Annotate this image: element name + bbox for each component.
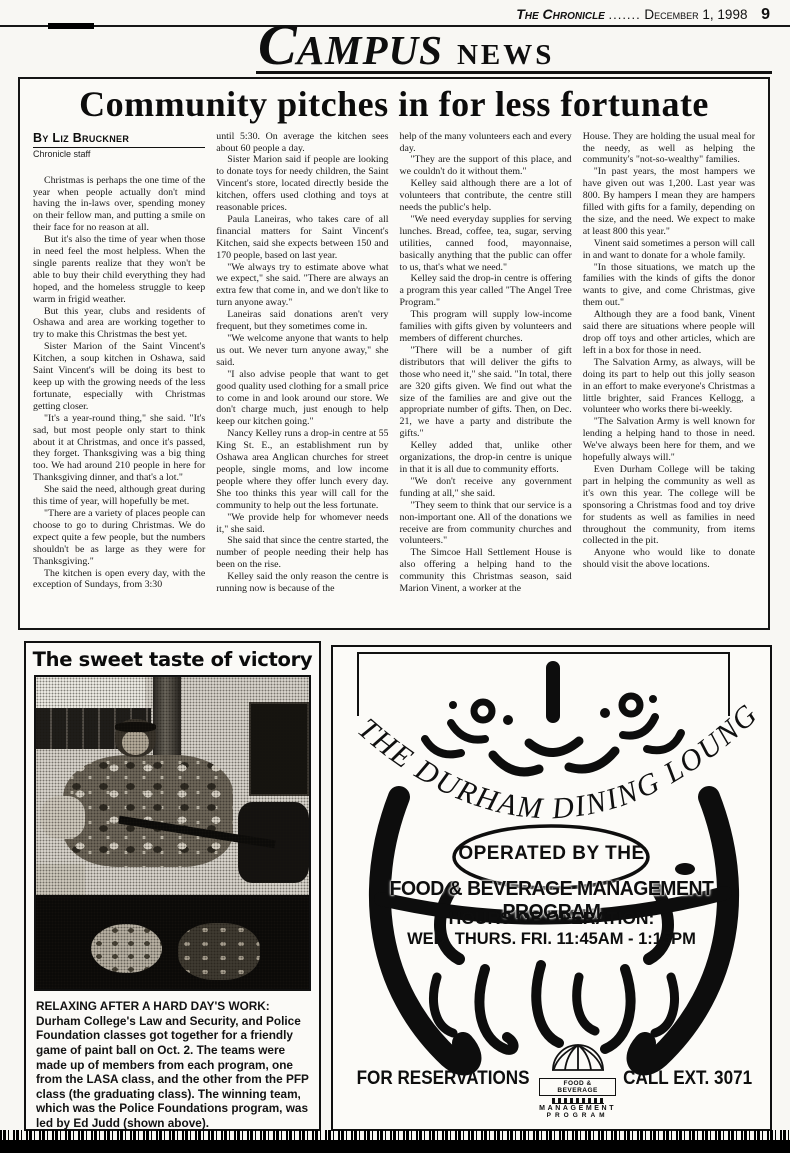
article-paragraph: "We welcome anyone that wants to help us… xyxy=(216,333,388,369)
article-paragraph: But it's also the time of year when thos… xyxy=(33,234,205,305)
photo-feature: The sweet taste of victory RELAXING AFTE… xyxy=(24,641,321,1131)
article-paragraph: Paula Laneiras, who takes care of all fi… xyxy=(216,214,388,262)
article-paragraph: "We provide help for whomever needs it,"… xyxy=(216,512,388,536)
article-paragraph: House. They are holding the usual meal f… xyxy=(583,131,755,167)
article-paragraph: "The Salvation Army is well known for le… xyxy=(583,416,755,464)
scan-edge-strip xyxy=(0,1130,790,1153)
logo-crenellation-icon xyxy=(552,1098,604,1104)
article-paragraph: The Salvation Army, as always, will be d… xyxy=(583,357,755,417)
ad-hours-label: HOURS OF OPERATION: xyxy=(333,908,770,929)
article-paragraph: "There are a variety of places people ca… xyxy=(33,508,205,568)
article-paragraph: Nancy Kelley runs a drop-in centre at 55… xyxy=(216,428,388,511)
section-masthead: CAMPUS NEWS xyxy=(258,20,554,74)
column-1-text: Christmas is perhaps the one time of the… xyxy=(33,175,205,592)
ad-hours-value: WED. THURS. FRI. 11:45AM - 1:15PM xyxy=(333,930,770,949)
photo-figure-knee-right xyxy=(178,923,260,979)
article-paragraph: Kelley said the only reason the centre i… xyxy=(216,571,388,595)
issue-date: December 1, 1998 xyxy=(644,7,747,22)
photo-shed xyxy=(249,702,309,796)
ad-operated-by: OPERATED BY THE xyxy=(333,843,770,865)
folio-dots: ....... xyxy=(608,7,640,22)
article-paragraph: Anyone who would like to donate should v… xyxy=(583,547,755,571)
article-paragraph: She said the need, although great during… xyxy=(33,484,205,508)
article-paragraph: Kelley said the drop-in centre is offeri… xyxy=(400,273,572,309)
photo-figure-knee-left xyxy=(91,924,162,974)
photo-headband xyxy=(115,722,156,731)
article-paragraph: "We need everyday supplies for serving l… xyxy=(400,214,572,274)
byline-role: Chronicle staff xyxy=(33,149,205,159)
article-paragraph: "They seem to think that our service is … xyxy=(400,500,572,548)
logo-line3: PROGRAM xyxy=(539,1112,616,1119)
article-column-3: help of the many volunteers each and eve… xyxy=(400,131,572,617)
program-logo: FOOD & BEVERAGE MANAGEMENT PROGRAM xyxy=(539,1038,616,1119)
section-subtitle: NEWS xyxy=(457,39,554,71)
article-paragraph: Christmas is perhaps the one time of the… xyxy=(33,175,205,235)
section-rest: AMPUS xyxy=(297,27,443,73)
photo-figure-torso xyxy=(63,755,232,867)
ink-blot xyxy=(48,23,94,29)
photo-figure-face xyxy=(122,730,149,755)
article-paragraph: "We always try to estimate above what we… xyxy=(216,262,388,310)
photo-title: The sweet taste of victory xyxy=(30,648,315,671)
article-paragraph: Vinent said sometimes a person will call… xyxy=(583,238,755,262)
article-paragraph: "I also advise people that want to get g… xyxy=(216,369,388,429)
logo-line1: FOOD & BEVERAGE xyxy=(539,1078,616,1096)
article-paragraph: "We don't receive any government funding… xyxy=(400,476,572,500)
article-paragraph: "They are the support of this place, and… xyxy=(400,154,572,178)
article-column-2: until 5:30. On average the kitchen sees … xyxy=(216,131,388,617)
article-paragraph: Kelley said although there are a lot of … xyxy=(400,178,572,214)
article-paragraph: This program will supply low-income fami… xyxy=(400,309,572,345)
article-paragraph: The kitchen is open every day, with the … xyxy=(33,568,205,592)
caption-body: Durham College's Law and Security, and P… xyxy=(36,1014,309,1130)
article-paragraph: Kelley added that, unlike other organiza… xyxy=(400,440,572,476)
article-paragraph: "In those situations, we match up the fa… xyxy=(583,262,755,310)
ornament-cluster-icon xyxy=(425,661,681,772)
article-paragraph: Although they are a food bank, Vinent sa… xyxy=(583,309,755,357)
ad-bottom-row: FOR RESERVATIONS FOOD & BEVERAGE MANA xyxy=(347,1038,756,1119)
article-paragraph: until 5:30. On average the kitchen sees … xyxy=(216,131,388,155)
dining-lounge-ad: THE DURHAM DINING LOUNGE OPERATED BY THE… xyxy=(331,645,772,1131)
article-column-1: By Liz Bruckner Chronicle staff Christma… xyxy=(33,131,205,617)
article-paragraph: Laneiras said donations aren't very freq… xyxy=(216,309,388,333)
article-paragraph: help of the many volunteers each and eve… xyxy=(400,131,572,155)
byline: By Liz Bruckner xyxy=(33,131,205,148)
dome-icon xyxy=(550,1038,606,1072)
halftone-photo xyxy=(34,675,311,991)
logo-line2: MANAGEMENT xyxy=(539,1105,616,1112)
article-paragraph: "There will be a number of gift distribu… xyxy=(400,345,572,440)
article-paragraph: The Simcoe Hall Settlement House is also… xyxy=(400,547,572,595)
article-paragraph: Even Durham College will be taking part … xyxy=(583,464,755,547)
caption-lead: RELAXING AFTER A HARD DAY'S WORK: xyxy=(36,999,270,1013)
photo-sky xyxy=(36,677,145,711)
article-column-4: House. They are holding the usual meal f… xyxy=(583,131,755,617)
photo-caption: RELAXING AFTER A HARD DAY'S WORK: Durham… xyxy=(36,999,309,1131)
main-article: Community pitches in for less fortunate … xyxy=(18,77,770,630)
byline-block: By Liz Bruckner Chronicle staff xyxy=(33,131,205,159)
article-paragraph: "It's a year-round thing," she said. "It… xyxy=(33,413,205,484)
article-paragraph: Sister Marion said if people are looking… xyxy=(216,154,388,214)
article-columns: By Liz Bruckner Chronicle staff Christma… xyxy=(20,127,768,617)
headline: Community pitches in for less fortunate xyxy=(28,85,760,125)
ad-call-ext: CALL EXT. 3071 xyxy=(623,1068,752,1090)
masthead-underline xyxy=(256,71,772,74)
article-paragraph: She said that since the centre started, … xyxy=(216,535,388,571)
article-paragraph: But this year, clubs and residents of Os… xyxy=(33,306,205,342)
photo-shadow-area xyxy=(36,895,309,989)
page-number: 9 xyxy=(761,6,770,23)
section-initial: C xyxy=(258,12,297,77)
ad-reservations-label: FOR RESERVATIONS xyxy=(357,1068,530,1090)
article-paragraph: Sister Marion of the Saint Vincent's Kit… xyxy=(33,341,205,412)
photo-figure-arm xyxy=(41,796,85,840)
article-paragraph: "In past years, the most hampers we have… xyxy=(583,166,755,237)
